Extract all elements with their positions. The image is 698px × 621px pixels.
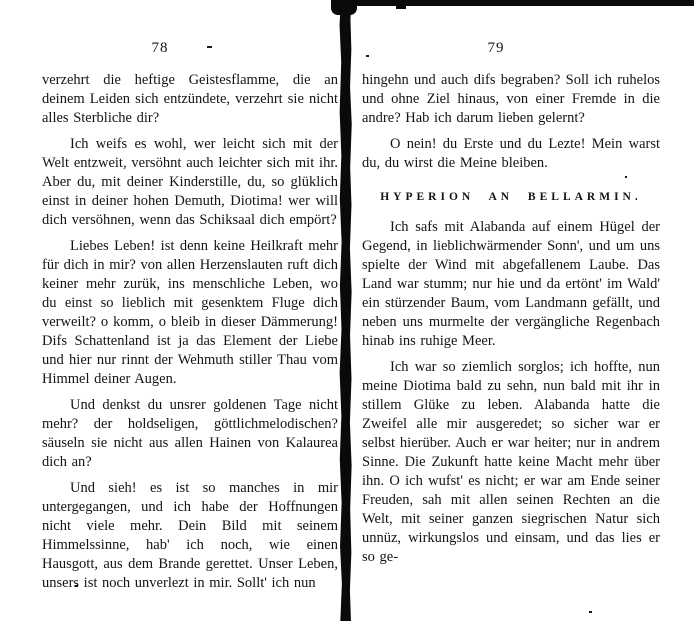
paragraph: Liebes Leben! ist denn keine Heilkraft m…: [42, 237, 338, 389]
scan-edge-artifact-notch: [396, 0, 406, 9]
page-79: 79 hingehn und auch difs begraben? Soll …: [362, 40, 660, 567]
paragraph: Und denkst du unsrer goldenen Tage nicht…: [42, 396, 338, 472]
paragraph: verzehrt die heftige Geistesflamme, die …: [42, 71, 338, 128]
paragraph: Und sieh! es ist so manches in mir unter…: [42, 479, 338, 593]
page-number-left: 78: [42, 40, 338, 57]
book-scan: 78 verzehrt die heftige Geistesflamme, d…: [0, 0, 698, 621]
paragraph: Ich weifs es wohl, wer leicht sich mit d…: [42, 135, 338, 230]
paragraph: hingehn und auch difs begraben? Soll ich…: [362, 71, 660, 128]
chapter-heading: HYPERION AN BELLARMIN.: [362, 191, 660, 203]
book-binding-gutter: [339, 0, 352, 621]
page-78: 78 verzehrt die heftige Geistesflamme, d…: [42, 40, 338, 593]
paragraph: Ich safs mit Alabanda auf einem Hügel de…: [362, 218, 660, 351]
paragraph: O nein! du Erste und du Lezte! Mein wars…: [362, 135, 660, 173]
page-number-right: 79: [362, 40, 660, 57]
paragraph: Ich war so ziemlich sorglos; ich hoffte,…: [362, 358, 660, 567]
scan-speckle: [589, 611, 592, 613]
